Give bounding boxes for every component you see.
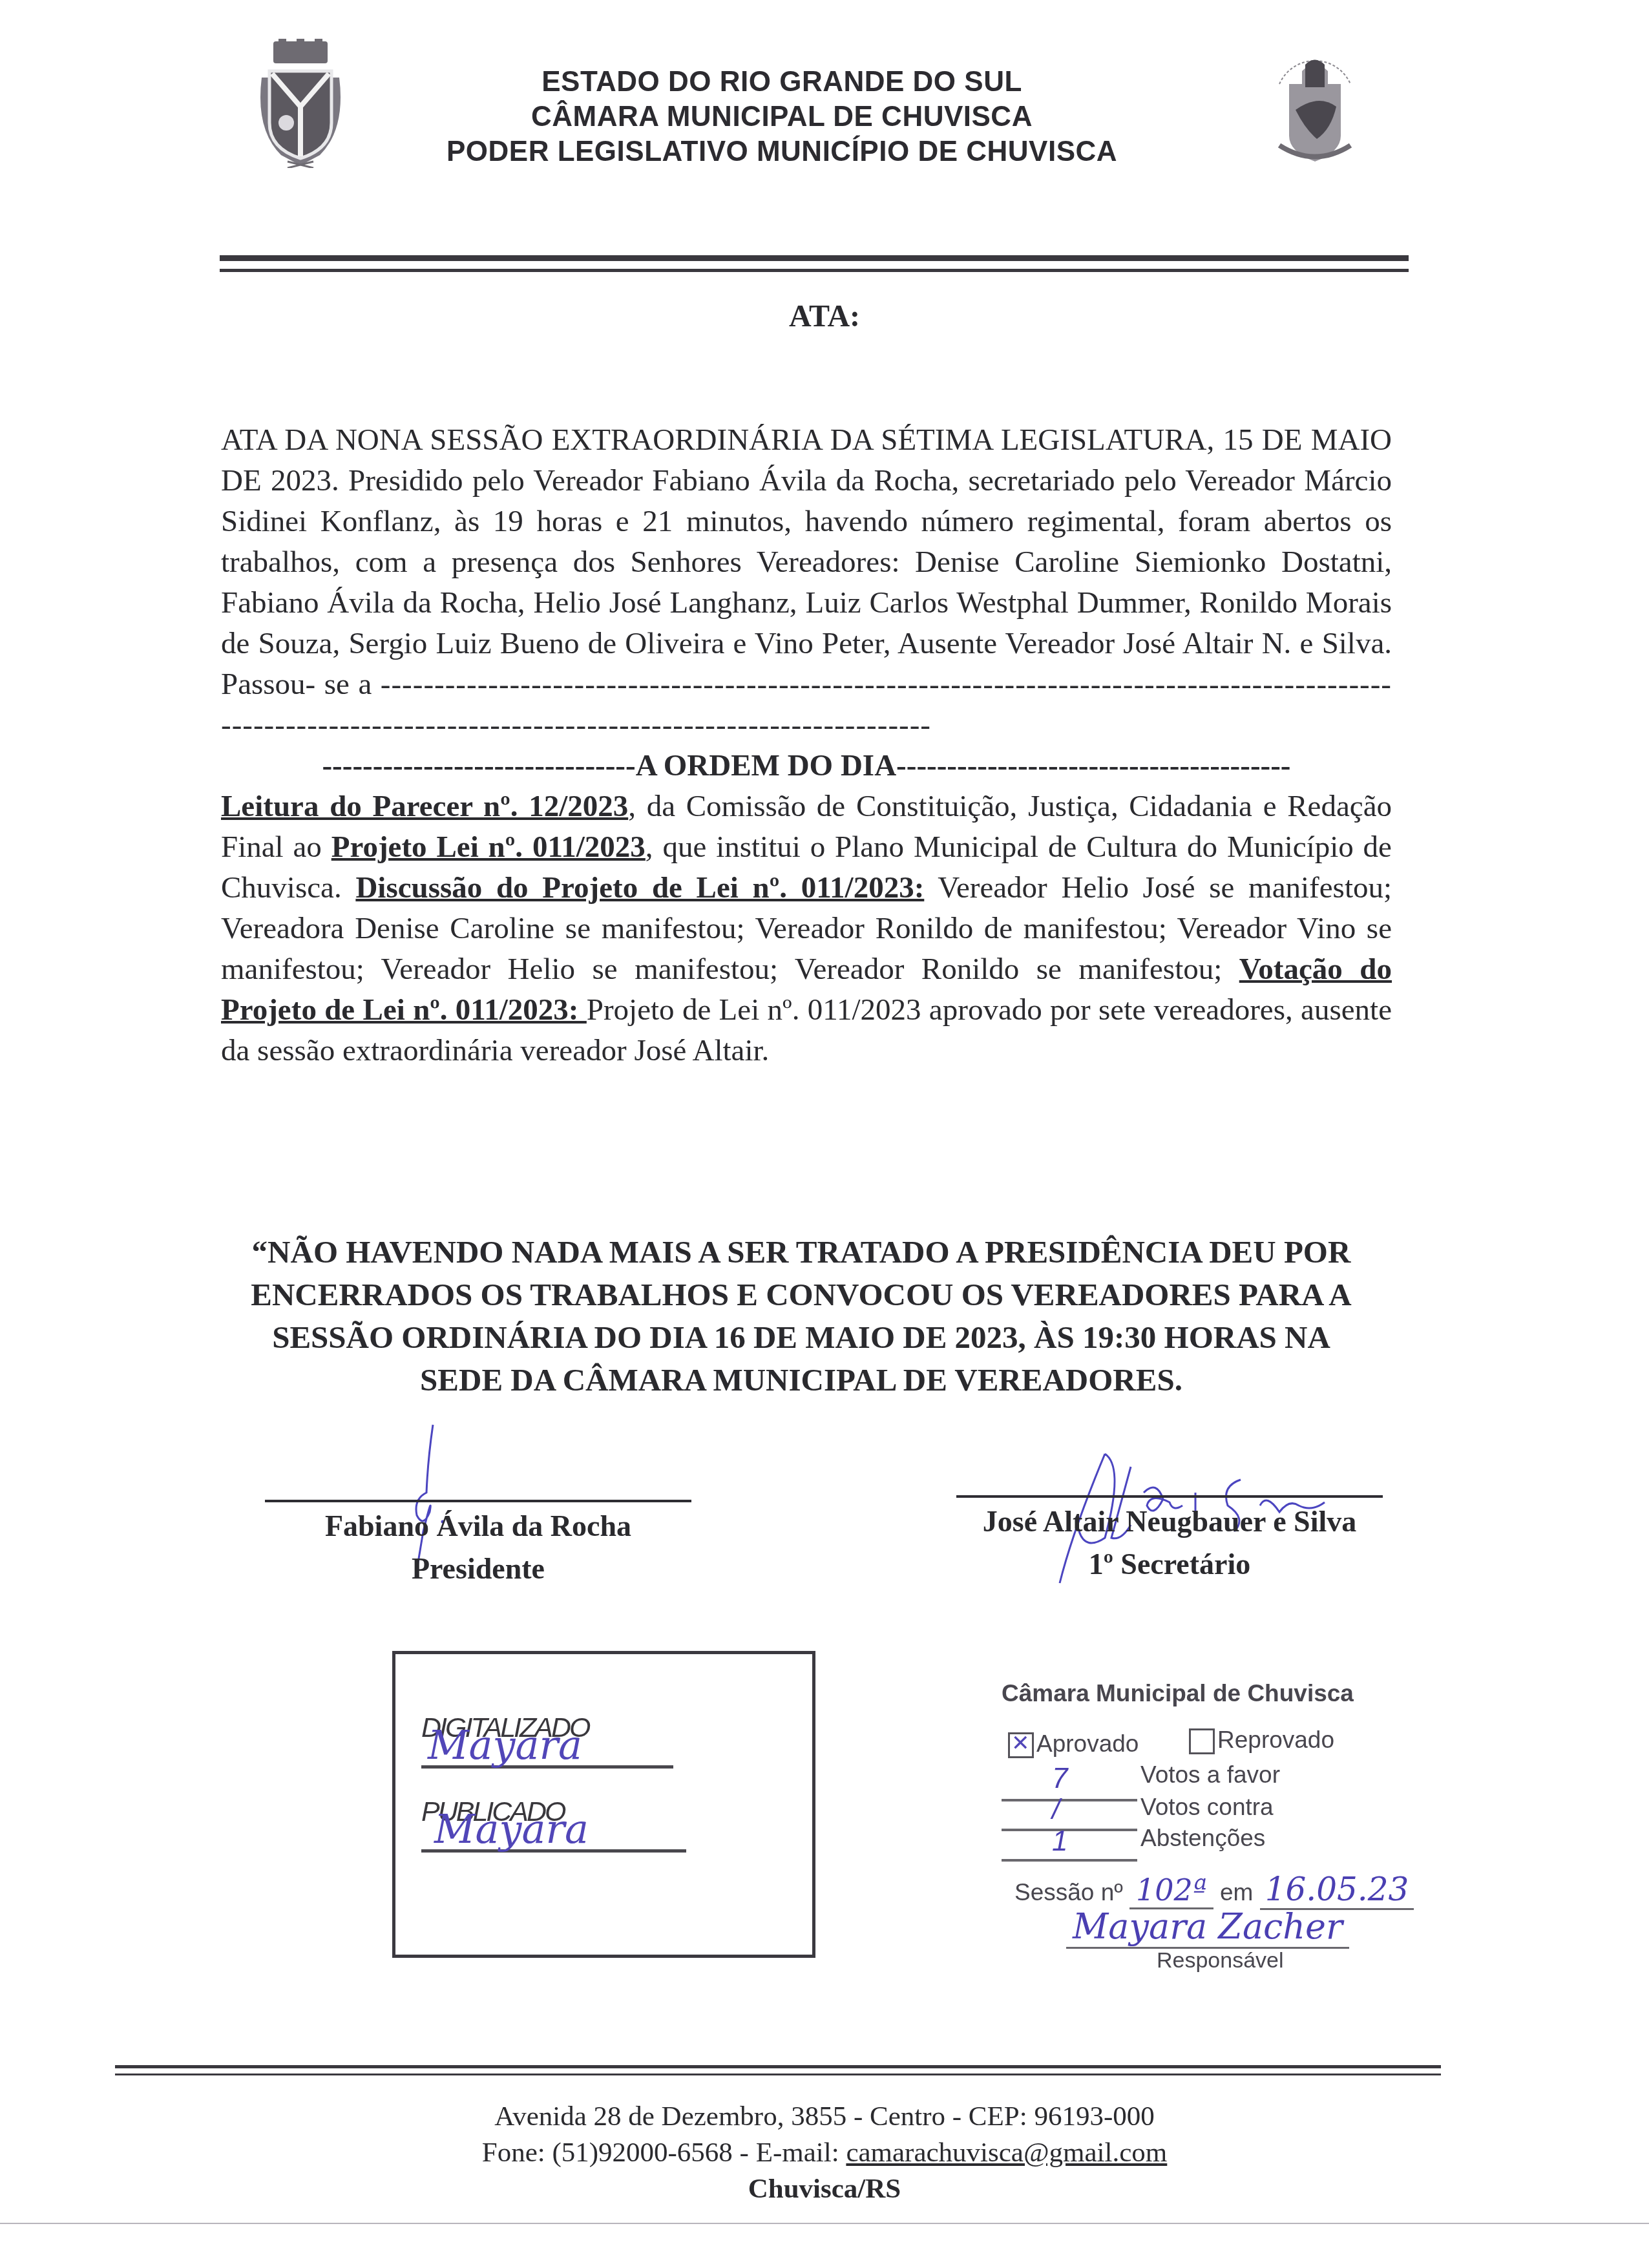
digitalized-line: Mayara xyxy=(421,1759,673,1769)
published-signature: Mayara xyxy=(434,1805,589,1853)
votes-against-label: Votos contra xyxy=(1140,1794,1274,1821)
minutes-body: ATA DA NONA SESSÃO EXTRAORDINÁRIA DA SÉT… xyxy=(221,420,1392,1071)
published-line: Mayara xyxy=(421,1843,686,1853)
approved-option: Aprovado xyxy=(1008,1730,1139,1758)
footer-address: Avenida 28 de Dezembro, 3855 - Centro - … xyxy=(0,2099,1649,2135)
footer-phone: Fone: (51)92000-6568 - E-mail: xyxy=(482,2137,846,2168)
coat-of-arms-icon xyxy=(255,39,346,168)
dash-filler: ----------------------------------------… xyxy=(221,667,1392,742)
header-divider xyxy=(220,255,1409,272)
footer-divider xyxy=(115,2065,1441,2075)
date-label: em xyxy=(1220,1879,1253,1906)
signature-line xyxy=(956,1495,1383,1498)
president-role: Presidente xyxy=(265,1548,691,1590)
vote-stamp-title: Câmara Municipal de Chuvisca xyxy=(1002,1680,1354,1707)
chamber-crest-icon xyxy=(1266,39,1363,168)
footer-email-link[interactable]: camarachuvisca@gmail.com xyxy=(846,2137,1167,2168)
dash-filler-left: ------------------------------- xyxy=(322,749,635,782)
dash-filler-right: --------------------------------------- xyxy=(896,749,1290,782)
order-of-day-heading: -------------------------------A ORDEM D… xyxy=(221,746,1392,786)
rejected-option: Reprovado xyxy=(1189,1727,1334,1754)
session-row: Sessão nº 102ª em 16.05.23 xyxy=(1014,1871,1414,1908)
session-date: 16.05.23 xyxy=(1260,1871,1414,1910)
abstentions-label: Abstenções xyxy=(1140,1825,1265,1852)
order-of-day-label: A ORDEM DO DIA xyxy=(636,749,896,782)
votes-against-value: / xyxy=(1052,1794,1060,1826)
secretary-role: 1º Secretário xyxy=(956,1543,1383,1586)
votes-for-label: Votos a favor xyxy=(1140,1761,1280,1789)
footer-contact: Fone: (51)92000-6568 - E-mail: camarachu… xyxy=(0,2135,1649,2171)
digitalized-row: DIGITALIZADOMayara xyxy=(421,1712,812,1776)
footer: Avenida 28 de Dezembro, 3855 - Centro - … xyxy=(0,2099,1649,2207)
president-signature-block: Fabiano Ávila da Rocha Presidente xyxy=(265,1500,691,1590)
session-label: Sessão nº xyxy=(1014,1879,1123,1906)
president-name: Fabiano Ávila da Rocha xyxy=(265,1505,691,1548)
footer-bottom-rule xyxy=(0,2223,1649,2224)
votes-for-value: 7 xyxy=(1052,1763,1067,1795)
header-legislative: PODER LEGISLATIVO MUNICÍPIO DE CHUVISCA xyxy=(362,134,1202,169)
minutes-intro: ATA DA NONA SESSÃO EXTRAORDINÁRIA DA SÉT… xyxy=(221,423,1392,701)
abstentions-value: 1 xyxy=(1052,1825,1067,1858)
rejected-label: Reprovado xyxy=(1217,1727,1334,1753)
responsible-label: Responsável xyxy=(1157,1948,1284,1973)
publication-stamp: DIGITALIZADOMayara PUBLICADOMayara xyxy=(392,1651,815,1958)
closing-statement: “NÃO HAVENDO NADA MAIS A SER TRATADO A P… xyxy=(233,1231,1370,1402)
secretary-name: José Altair Neugbauer e Silva xyxy=(956,1500,1383,1543)
vote-stamp: Câmara Municipal de Chuvisca Aprovado Re… xyxy=(995,1680,1460,1971)
header-chamber: CÂMARA MUNICIPAL DE CHUVISCA xyxy=(362,100,1202,134)
rejected-checkbox xyxy=(1189,1728,1215,1754)
responsible-signature: Mayara Zacher xyxy=(1066,1906,1349,1949)
document-title: ATA: xyxy=(0,299,1649,334)
abstentions-line xyxy=(1002,1859,1137,1862)
published-row: PUBLICADOMayara xyxy=(421,1796,812,1860)
approved-label: Aprovado xyxy=(1036,1730,1139,1757)
approved-checkbox xyxy=(1008,1732,1034,1758)
discussion-heading: Discussão do Projeto de Lei nº. 011/2023… xyxy=(355,871,924,905)
secretary-signature-block: José Altair Neugbauer e Silva 1º Secretá… xyxy=(956,1495,1383,1586)
header-state: ESTADO DO RIO GRANDE DO SUL xyxy=(362,65,1202,100)
projeto-reference: Projeto Lei nº. 011/2023 xyxy=(331,830,646,864)
signature-line xyxy=(265,1500,691,1502)
letterhead: ESTADO DO RIO GRANDE DO SUL CÂMARA MUNIC… xyxy=(362,65,1202,169)
digitalized-signature: Mayara xyxy=(428,1721,582,1769)
parecer-reference: Leitura do Parecer nº. 12/2023 xyxy=(221,790,628,823)
votes-against-line xyxy=(1002,1829,1137,1831)
session-number: 102ª xyxy=(1129,1873,1213,1909)
votes-for-line xyxy=(1002,1799,1137,1801)
footer-city: Chuvisca/RS xyxy=(0,2171,1649,2207)
